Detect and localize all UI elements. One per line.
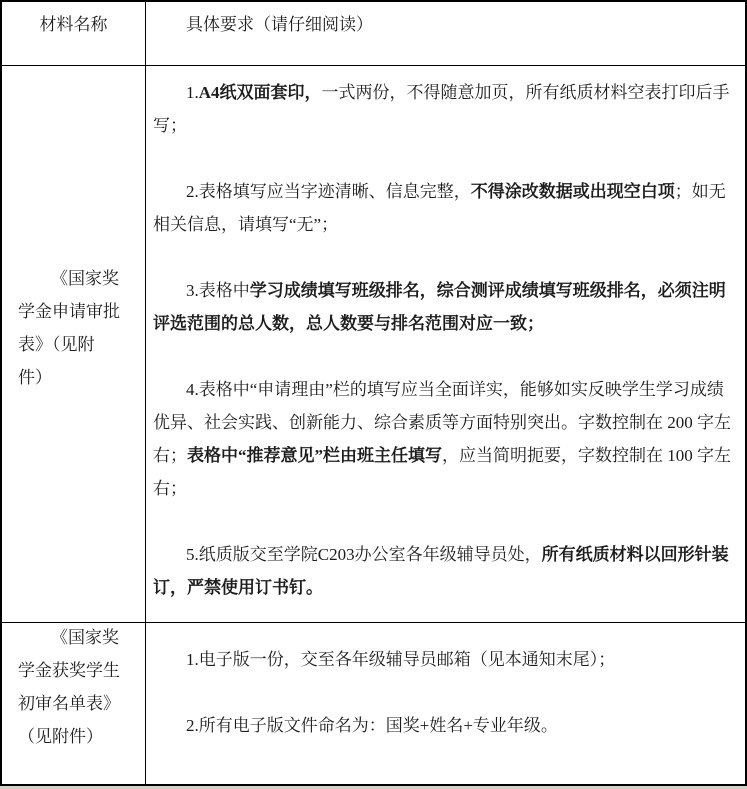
header-material-name: 材料名称 xyxy=(2,2,146,65)
material-name-line: 学金获奖学生 xyxy=(18,654,137,687)
table-header-row: 材料名称 具体要求（请仔细阅读） xyxy=(2,2,745,66)
requirement-text-bold: 表格中“推荐意见”栏由班主任填写 xyxy=(187,446,442,465)
table-row: 《国家奖学金获奖学生初审名单表》（见附件） 1.电子版一份，交至各年级辅导员邮箱… xyxy=(2,623,745,784)
material-name-line: 学金申请审批 xyxy=(18,295,137,328)
material-name-line: 《国家奖 xyxy=(18,262,137,295)
requirement-item: 2.所有电子版文件命名为：国奖+姓名+专业年级。 xyxy=(153,709,733,742)
requirement-text: 1. xyxy=(186,83,199,102)
requirement-text: 2.所有电子版文件命名为：国奖+姓名+专业年级。 xyxy=(186,716,558,735)
requirement-text: 3.表格中 xyxy=(186,281,250,300)
material-name-line: （见附件） xyxy=(18,720,137,753)
requirement-item: 4.表格中“申请理由”栏的填写应当全面详实，能够如实反映学生学习成绩优异、社会实… xyxy=(153,373,733,505)
material-name-line: 件） xyxy=(18,361,137,394)
requirement-text: 1.电子版一份，交至各年级辅导员邮箱（见本通知末尾）； xyxy=(186,650,615,669)
requirement-text: 2.表格填写应当字迹清晰、信息完整， xyxy=(186,182,471,201)
materials-requirements-table: 材料名称 具体要求（请仔细阅读） 《国家奖学金申请审批表》（见附件） 1.A4纸… xyxy=(0,0,747,786)
header-requirements: 具体要求（请仔细阅读） xyxy=(146,2,745,65)
requirement-text-bold: A4纸双面套印， xyxy=(199,83,322,102)
requirement-text: 5.纸质版交至学院C203办公室各年级辅导员处， xyxy=(186,545,542,564)
table-row: 《国家奖学金申请审批表》（见附件） 1.A4纸双面套印，一式两份，不得随意加页，… xyxy=(2,66,745,623)
requirement-item: 3.表格中学习成绩填写班级排名，综合测评成绩填写班级排名，必须注明评选范围的总人… xyxy=(153,274,733,340)
material-name-cell: 《国家奖学金申请审批表》（见附件） xyxy=(2,66,146,622)
requirements-cell: 1.A4纸双面套印，一式两份，不得随意加页，所有纸质材料空表打印后手写；2.表格… xyxy=(146,66,745,622)
requirement-item: 1.A4纸双面套印，一式两份，不得随意加页，所有纸质材料空表打印后手写； xyxy=(153,76,733,142)
material-name-line: 初审名单表》 xyxy=(18,687,137,720)
material-name-cell: 《国家奖学金获奖学生初审名单表》（见附件） xyxy=(2,623,146,784)
requirement-item: 5.纸质版交至学院C203办公室各年级辅导员处，所有纸质材料以回形针装订，严禁使… xyxy=(153,538,733,604)
material-name-line: 表》（见附 xyxy=(18,328,137,361)
requirements-cell: 1.电子版一份，交至各年级辅导员邮箱（见本通知末尾）；2.所有电子版文件命名为：… xyxy=(146,623,745,784)
material-name-line: 《国家奖 xyxy=(18,621,137,654)
requirement-text-bold: 不得涂改数据或出现空白项 xyxy=(471,182,675,201)
requirement-item: 1.电子版一份，交至各年级辅导员邮箱（见本通知末尾）； xyxy=(153,643,733,676)
requirement-item: 2.表格填写应当字迹清晰、信息完整，不得涂改数据或出现空白项；如无相关信息，请填… xyxy=(153,175,733,241)
document-page: 材料名称 具体要求（请仔细阅读） 《国家奖学金申请审批表》（见附件） 1.A4纸… xyxy=(0,0,747,789)
